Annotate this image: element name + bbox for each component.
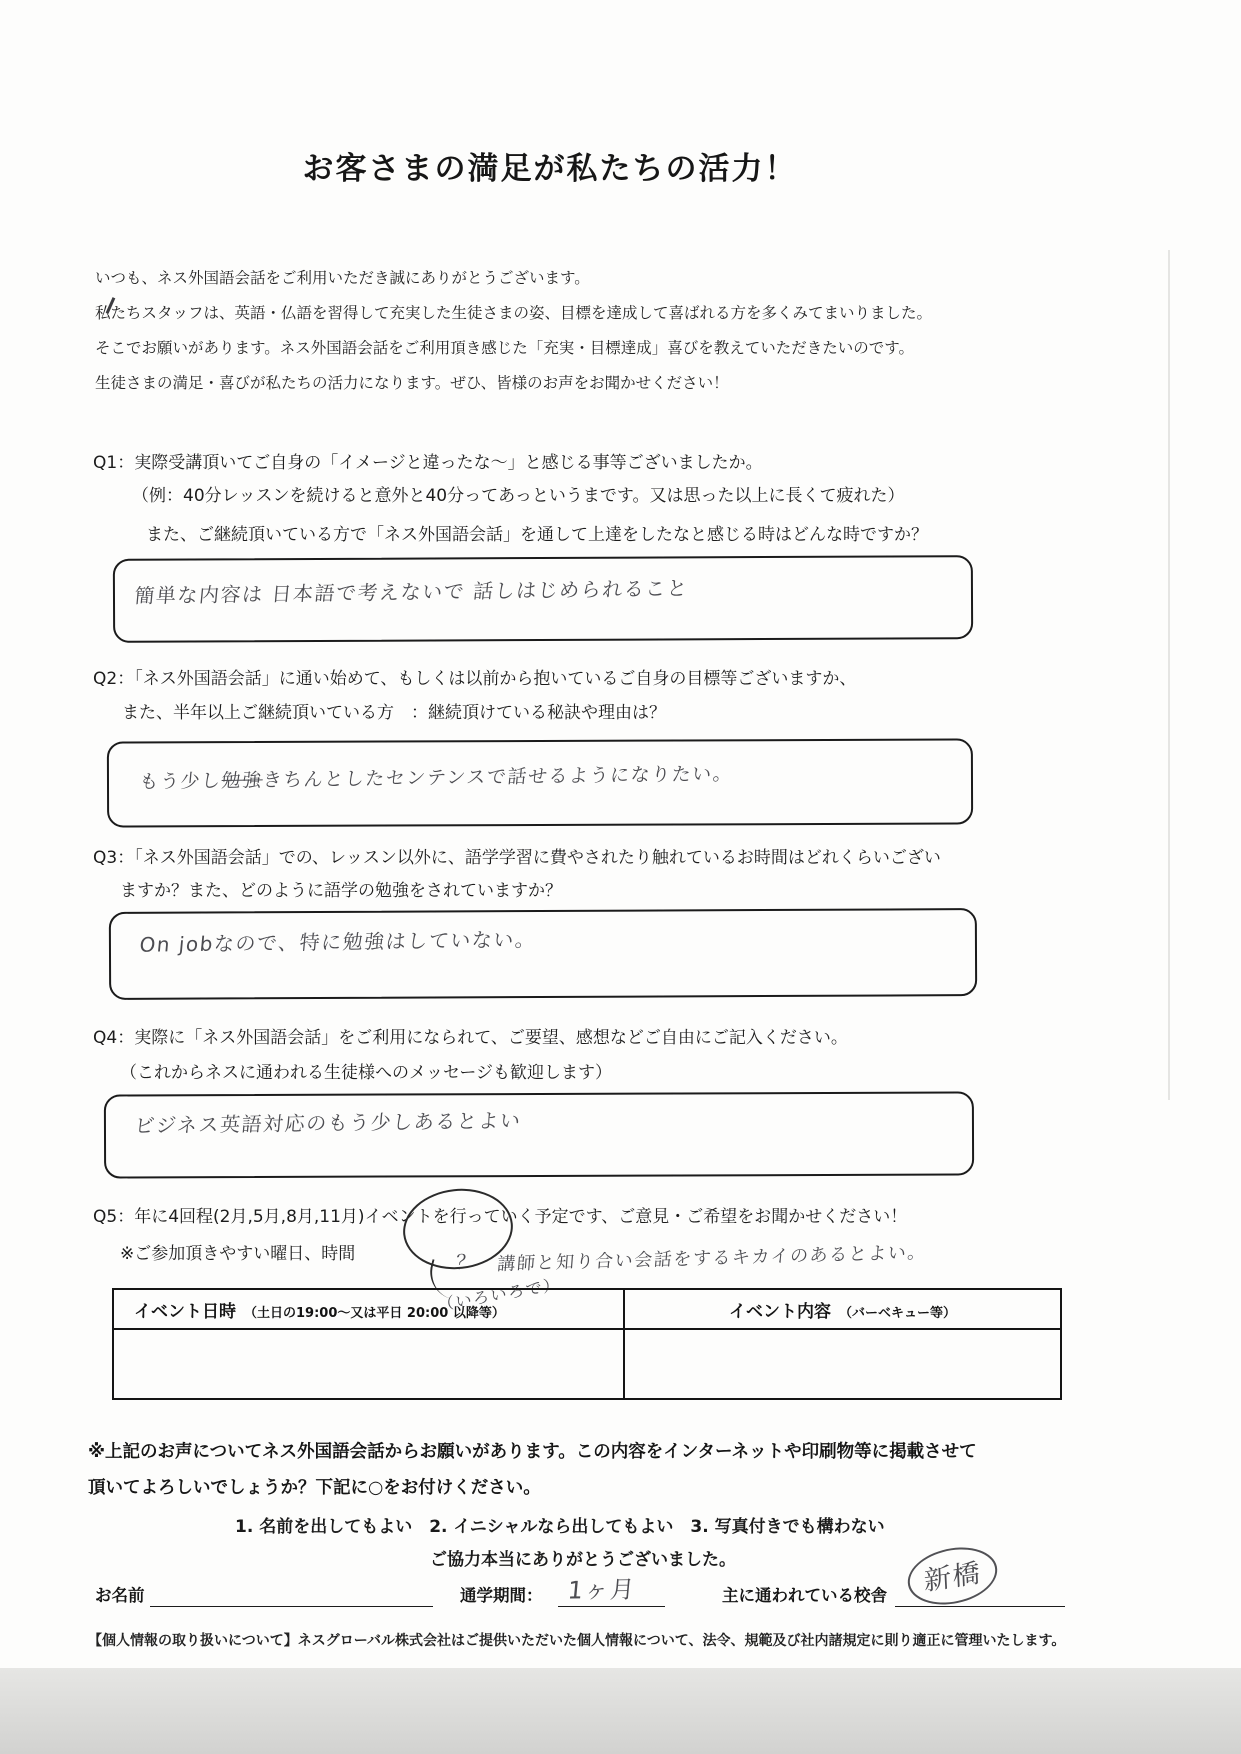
publish-request-line-2: 頂いてよろしいでしょうか？下記に○をお付けください。	[88, 1474, 541, 1499]
name-field-line	[150, 1606, 433, 1607]
q5-heading-pre: Q5：年に4回程(2月,5月,8月,11月)	[93, 1207, 365, 1227]
event-datetime-sublabel: （土日の19:00～又は平日 20:00 以降等）	[244, 1306, 505, 1321]
event-content-cell	[624, 1329, 1061, 1399]
q4-subquestion: （これからネスに通われる生徒様へのメッセージも歓迎します）	[120, 1058, 612, 1083]
event-table-header-row: イベント日時（土日の19:00～又は平日 20:00 以降等） イベント内容（バ…	[113, 1289, 1061, 1329]
event-table-header-datetime: イベント日時（土日の19:00～又は平日 20:00 以降等）	[113, 1289, 624, 1329]
event-table-body-row	[113, 1329, 1061, 1399]
event-datetime-cell	[113, 1329, 624, 1399]
q2-subquestion: また、半年以上ご継続頂いている方 ：継続頂けている秘訣や理由は？	[122, 698, 666, 723]
school-field-label: 主に通われている校舎	[722, 1582, 887, 1606]
q4-heading: Q4：実際に「ネス外国語会話」をご利用になられて、ご要望、感想などご自由にご記入…	[93, 1023, 848, 1048]
page-title: お客さまの満足が私たちの活力！	[60, 143, 1040, 188]
intro-line-3: そこでお願いがあります。ネス外国語会話をご利用頂き感じた「充実・目標達成」喜びを…	[95, 336, 914, 358]
q5-annotation-mark: ？	[455, 1246, 479, 1275]
publish-request-line-1: ※上記のお声についてネス外国語会話からお願いがあります。この内容をインターネット…	[88, 1438, 977, 1463]
publish-options: 1. 名前を出してもよい 2. イニシャルなら出してもよい 3. 写真付きでも構…	[235, 1512, 885, 1537]
q5-handwritten-annotation: 講師と知り合い会話をするキカイのあるとよい。	[496, 1238, 928, 1276]
school-field-line	[895, 1606, 1065, 1607]
event-content-sublabel: （バーベキュー等）	[839, 1306, 956, 1321]
intro-line-1: いつも、ネス外国語会話をご利用いただき誠にありがとうございます。	[95, 266, 590, 288]
intro-line-4: 生徒さまの満足・喜びが私たちの活力になります。ぜひ、皆様のお声をお聞かせください…	[95, 371, 729, 393]
q2-heading: Q2：「ネス外国語会話」に通い始めて、もしくは以前から抱いているご自身の目標等ご…	[93, 664, 856, 689]
event-table-header-content: イベント内容（バーベキュー等）	[624, 1289, 1061, 1329]
privacy-note: 【個人情報の取り扱いについて】ネスグローバル株式会社はご提供いただいた個人情報に…	[88, 1630, 1065, 1650]
scan-artifact-line	[1168, 250, 1170, 1100]
event-table: イベント日時（土日の19:00～又は平日 20:00 以降等） イベント内容（バ…	[112, 1288, 1062, 1400]
school-handwritten-value: 新橋	[905, 1547, 999, 1604]
q3-heading: Q3：「ネス外国語会話」での、レッスン以外に、語学学習に費やされたり触れているお…	[93, 843, 941, 868]
q2-answer-pre: もう少し	[138, 770, 222, 793]
q3-handwritten-answer: On jobなので、特に勉強はしていない。	[138, 923, 538, 958]
period-field-line	[558, 1606, 665, 1607]
q5-subquestion: ※ご参加頂きやすい曜日、時間	[120, 1239, 355, 1264]
period-field-label: 通学期間：	[460, 1582, 543, 1606]
q2-answer-struck: 勉強	[221, 769, 264, 792]
q1-subquestion: また、ご継続頂いている方で「ネス外国語会話」を通して上達をしたなと感じる時はどん…	[146, 520, 928, 545]
q4-handwritten-answer: ビジネス英語対応のもう少しあるとよい	[133, 1104, 523, 1138]
scan-edge-band	[0, 1668, 1241, 1754]
q3-subquestion: ますか？また、どのように語学の勉強をされていますか？	[120, 876, 562, 901]
scanned-survey-page: お客さまの満足が私たちの活力！ いつも、ネス外国語会話をご利用いただき誠にありが…	[0, 0, 1241, 1754]
thanks-message: ご協力本当にありがとうございました。	[430, 1545, 736, 1570]
intro-line-2: 私たちスタッフは、英語・仏語を習得して充実した生徒さまの姿、目標を達成して喜ばれ…	[95, 301, 932, 323]
q1-example: （例：40分レッスンを続けると意外と40分ってあっというまです。又は思った以上に…	[132, 481, 905, 506]
school-value-circled: 新橋	[906, 1542, 998, 1611]
q1-heading: Q1：実際受講頂いてご自身の「イメージと違ったな～」と感じる事等ございましたか。	[93, 448, 763, 473]
event-content-label: イベント内容	[729, 1302, 831, 1322]
name-field-label: お名前	[95, 1582, 145, 1606]
event-datetime-label: イベント日時	[134, 1302, 236, 1322]
period-handwritten-value: 1ヶ月	[566, 1570, 637, 1606]
